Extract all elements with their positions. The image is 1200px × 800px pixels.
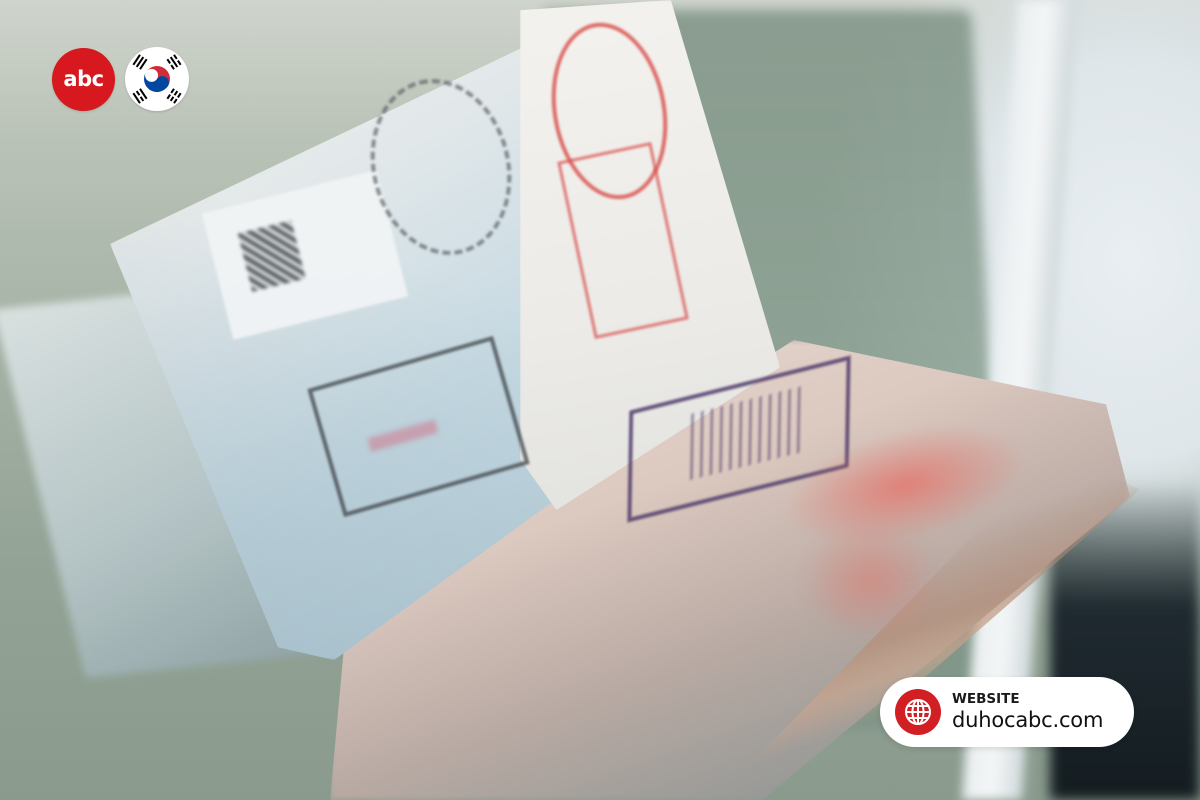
website-badge[interactable]: WEBSITE duhocabc.com: [880, 677, 1134, 747]
abc-logo-text: abc: [63, 67, 103, 91]
website-url-link[interactable]: duhocabc.com: [952, 710, 1103, 731]
brand-logos: abc: [52, 47, 189, 111]
pink-faded-stamp-lower: [800, 520, 940, 640]
website-label: WEBSITE: [952, 693, 1103, 707]
website-text: WEBSITE duhocabc.com: [952, 693, 1103, 732]
abc-logo: abc: [52, 48, 115, 111]
south-korea-flag-icon: [125, 47, 189, 111]
globe-icon: [895, 689, 941, 735]
